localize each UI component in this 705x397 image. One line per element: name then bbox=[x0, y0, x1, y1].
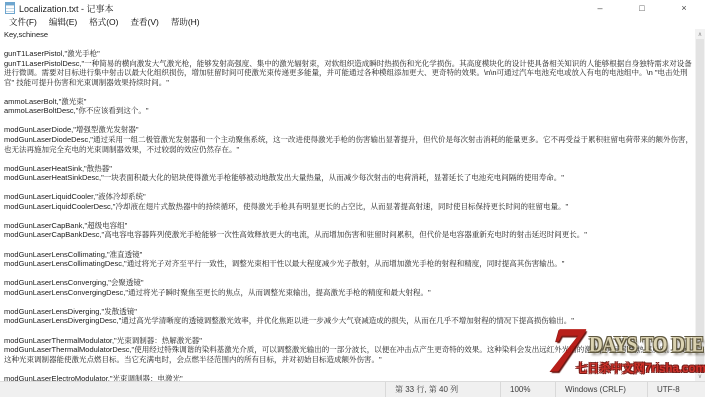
menu-format[interactable]: 格式(O) bbox=[83, 16, 124, 29]
editor-line bbox=[4, 240, 693, 250]
editor-line: modGunLaserDiodeDesc,"通过采用一组二极管激光发射器和一个主… bbox=[4, 135, 693, 154]
minimize-icon: – bbox=[597, 3, 602, 13]
editor-line: modGunLaserCapBankDesc,"高电容电容器阵列使激光手枪能够一… bbox=[4, 230, 693, 240]
title-bar[interactable]: Localization.txt - 记事本 – □ × bbox=[0, 0, 705, 16]
notepad-icon bbox=[5, 2, 15, 14]
window-title: Localization.txt - 记事本 bbox=[19, 2, 114, 15]
menu-file[interactable]: 文件(F) bbox=[3, 16, 43, 29]
maximize-button[interactable]: □ bbox=[621, 0, 663, 16]
editor-line: gunT1LaserPistolDesc,"一种简易的横向激发大气激光枪，能够发… bbox=[4, 59, 693, 88]
menu-edit[interactable]: 编辑(E) bbox=[43, 16, 83, 29]
editor-line: ammoLaserBoltDesc,"你不应该看到这个。" bbox=[4, 106, 693, 116]
maximize-icon: □ bbox=[639, 3, 644, 13]
editor-line: modGunLaserLensCollimating,"准直透镜" bbox=[4, 250, 693, 260]
editor-line: Key,schinese bbox=[4, 30, 693, 40]
editor-line: modGunLaserDiode,"增强型激光发射器" bbox=[4, 125, 693, 135]
editor-line bbox=[4, 154, 693, 164]
editor-line bbox=[4, 269, 693, 279]
editor-line: modGunLaserHeatSink,"散热器" bbox=[4, 164, 693, 174]
editor-line bbox=[4, 211, 693, 221]
watermark-days-to-die-logo: DAYS TO DIE bbox=[589, 334, 704, 356]
minimize-button[interactable]: – bbox=[579, 0, 621, 16]
editor-line: gunT1LaserPistol,"激光手枪" bbox=[4, 49, 693, 59]
status-cursor-position: 第 33 行, 第 40 列 bbox=[385, 382, 500, 397]
editor-line: modGunLaserLensConverging,"会聚透镜" bbox=[4, 278, 693, 288]
scrollbar-thumb[interactable] bbox=[696, 39, 704, 371]
editor-line: modGunLaserLensConvergingDesc,"通过将光子瞬时聚焦… bbox=[4, 288, 693, 298]
7days-to-die-watermark: 7 DAYS TO DIE 七日杀中文网7risha.com bbox=[552, 329, 704, 395]
editor-line: modGunLaserLensDivergingDesc,"通过高光学清晰度的透… bbox=[4, 316, 693, 326]
menu-help[interactable]: 帮助(H) bbox=[165, 16, 206, 29]
editor-line bbox=[4, 297, 693, 307]
editor-line bbox=[4, 183, 693, 193]
editor-line: modGunLaserLiquidCoolerDesc,"冷却液在翅片式散热器中… bbox=[4, 202, 693, 212]
editor-line: modGunLaserLiquidCooler,"液体冷却系统" bbox=[4, 192, 693, 202]
close-button[interactable]: × bbox=[663, 0, 705, 16]
editor-line: modGunLaserLensDiverging,"发散透镜" bbox=[4, 307, 693, 317]
status-spacer bbox=[0, 382, 385, 397]
editor-line: ammoLaserBolt,"激光束" bbox=[4, 97, 693, 107]
menu-view[interactable]: 查看(V) bbox=[124, 16, 164, 29]
notepad-window: Localization.txt - 记事本 – □ × 文件(F) 编辑(E)… bbox=[0, 0, 705, 397]
editor-line bbox=[4, 40, 693, 50]
scroll-up-icon[interactable]: ∧ bbox=[695, 29, 705, 39]
editor-line: modGunLaserHeatSinkDesc,"一块表面积最大化的铝块使得激光… bbox=[4, 173, 693, 183]
watermark-site-text: 七日杀中文网7risha.com bbox=[576, 360, 705, 376]
menu-bar: 文件(F) 编辑(E) 格式(O) 查看(V) 帮助(H) bbox=[0, 16, 705, 29]
editor-line: modGunLaserLensCollimatingDesc,"通过将光子对齐至… bbox=[4, 259, 693, 269]
editor-line bbox=[4, 87, 693, 97]
close-icon: × bbox=[681, 3, 686, 13]
